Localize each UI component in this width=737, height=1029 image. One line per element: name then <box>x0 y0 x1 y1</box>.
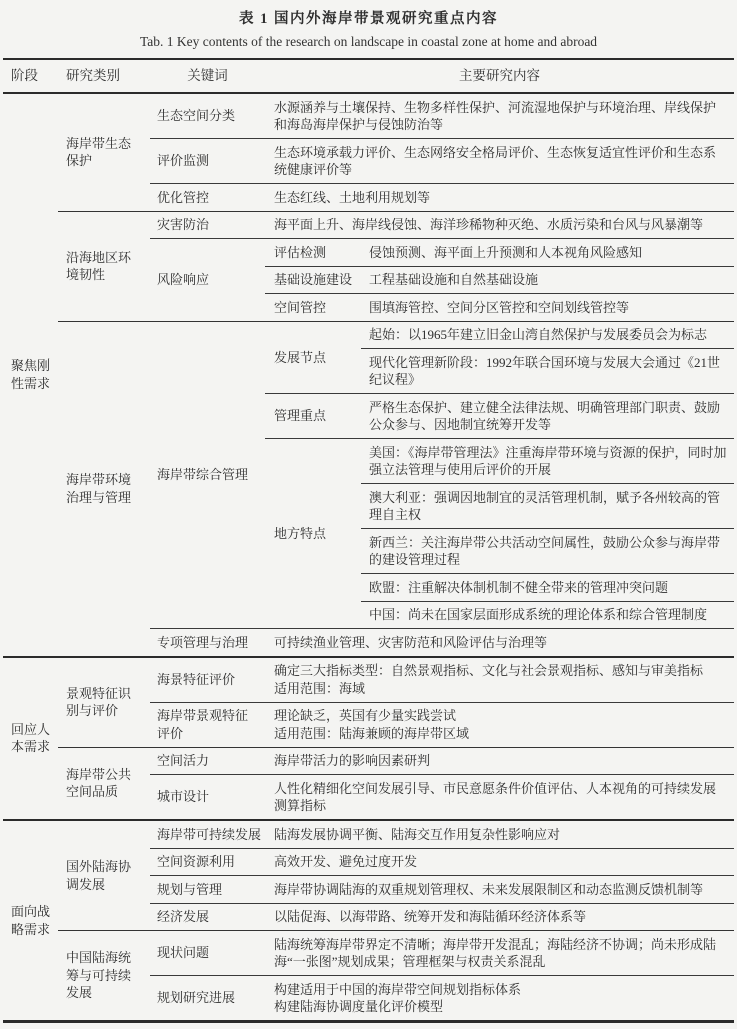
header-stage: 阶段 <box>3 67 58 85</box>
content-line: 欧盟：注重解决体制机制不健全带来的管理冲突问题 <box>369 579 728 597</box>
section: 空间管控围填海管控、空间分区管控和空间划线管控等 <box>265 293 734 321</box>
section-label: 基础设施建设 <box>265 267 361 294</box>
section: 发展节点起始：以1965年建立旧金山湾自然保护与发展委员会为标志现代化管理新阶段… <box>265 322 734 394</box>
category-label: 海岸带公共 空间品质 <box>58 748 150 820</box>
content-line: 围填海管控、空间分区管控和空间划线管控等 <box>369 299 728 317</box>
content-line: 现代化管理新阶段：1992年联合国环境与发展大会通过《21世纪议程》 <box>369 354 728 389</box>
content-cell: 中国：尚未在国家层面形成系统的理论体系和综合管理制度 <box>361 601 734 629</box>
content-line: 构建适用于中国的海岸带空间规划指标体系 <box>274 981 728 999</box>
stage-label: 聚焦刚 性需求 <box>3 94 58 656</box>
content-line: 确定三大指标类型：自然景观指标、文化与社会景观指标、感知与审美指标 <box>274 662 728 680</box>
section-label: 评估检测 <box>265 239 361 266</box>
content-line: 人性化精细化空间发展引导、市民意愿条件价值评估、人本视角的可持续发展测算指标 <box>274 780 728 815</box>
keyword-label: 现状问题 <box>150 931 265 975</box>
content-cell: 陆海发展协调平衡、陆海交互作用复杂性影响应对 <box>265 821 734 848</box>
content-cell: 工程基础设施和自然基础设施 <box>361 267 734 294</box>
content-line: 可持续渔业管理、灾害防范和风险评估与治理等 <box>274 634 728 652</box>
keyword-label: 优化管控 <box>150 184 265 211</box>
content-cell: 陆海统筹海岸带界定不清晰；海岸带开发混乱；海陆经济不协调；尚未形成陆海“一张图”… <box>265 931 734 975</box>
keyword-row: 海岸带景观特征 评价理论缺乏，英国有少量实践尝试适用范围：陆海兼顾的海岸带区域 <box>150 702 734 747</box>
keyword-label: 评价监测 <box>150 139 265 183</box>
category-label: 国外陆海协 调发展 <box>58 821 150 930</box>
content-line: 生态红线、土地利用规划等 <box>274 189 728 207</box>
keyword-row: 海景特征评价确定三大指标类型：自然景观指标、文化与社会景观指标、感知与审美指标适… <box>150 658 734 702</box>
content-cell: 起始：以1965年建立旧金山湾自然保护与发展委员会为标志 <box>361 322 734 349</box>
stage-row: 聚焦刚 性需求海岸带生态 保护生态空间分类水源涵养与土壤保持、生物多样性保护、河… <box>3 94 734 656</box>
category-row: 海岸带公共 空间品质空间活力海岸带活力的影响因素研判城市设计人性化精细化空间发展… <box>58 747 734 820</box>
content-line: 适用范围：海域 <box>274 680 728 698</box>
section-label: 地方特点 <box>265 439 361 628</box>
content-cell: 人性化精细化空间发展引导、市民意愿条件价值评估、人本视角的可持续发展测算指标 <box>265 775 734 819</box>
category-row: 景观特征识 别与评价海景特征评价确定三大指标类型：自然景观指标、文化与社会景观指… <box>58 658 734 747</box>
keyword-label: 海岸带综合管理 <box>150 322 265 629</box>
content-cell: 以陆促海、以海带路、统筹开发和海陆循环经济体系等 <box>265 904 734 931</box>
keyword-row: 规划研究进展构建适用于中国的海岸带空间规划指标体系构建陆海协调度量化评价模型 <box>150 975 734 1020</box>
keyword-label: 风险响应 <box>150 239 265 321</box>
category-row: 海岸带环境 治理与管理海岸带综合管理发展节点起始：以1965年建立旧金山湾自然保… <box>58 321 734 656</box>
table-header-row: 阶段 研究类别 关键词 主要研究内容 <box>3 60 734 94</box>
keyword-label: 海岸带可持续发展 <box>150 821 265 848</box>
content-cell: 海岸带活力的影响因素研判 <box>265 748 734 775</box>
paper-table: 阶段 研究类别 关键词 主要研究内容 聚焦刚 性需求海岸带生态 保护生态空间分类… <box>3 58 734 1023</box>
section: 可持续渔业管理、灾害防范和风险评估与治理等 <box>265 629 734 656</box>
keyword-row: 海岸带综合管理发展节点起始：以1965年建立旧金山湾自然保护与发展委员会为标志现… <box>150 322 734 629</box>
keyword-label: 经济发展 <box>150 904 265 931</box>
keyword-row: 空间活力海岸带活力的影响因素研判 <box>150 748 734 775</box>
table-body: 聚焦刚 性需求海岸带生态 保护生态空间分类水源涵养与土壤保持、生物多样性保护、河… <box>3 94 734 1020</box>
content-line: 起始：以1965年建立旧金山湾自然保护与发展委员会为标志 <box>369 326 728 344</box>
keyword-row: 城市设计人性化精细化空间发展引导、市民意愿条件价值评估、人本视角的可持续发展测算… <box>150 774 734 819</box>
keyword-row: 生态空间分类水源涵养与土壤保持、生物多样性保护、河流湿地保护与环境治理、岸线保护… <box>150 94 734 138</box>
category-row: 中国陆海统 筹与可持续 发展现状问题陆海统筹海岸带界定不清晰；海岸带开发混乱；海… <box>58 930 734 1020</box>
category-row: 国外陆海协 调发展海岸带可持续发展陆海发展协调平衡、陆海交互作用复杂性影响应对空… <box>58 821 734 930</box>
content-cell: 生态环境承载力评价、生态网络安全格局评价、生态恢复适宜性评价和生态系统健康评价等 <box>265 139 734 183</box>
content-line: 陆海发展协调平衡、陆海交互作用复杂性影响应对 <box>274 826 728 844</box>
content-cell: 海岸带协调陆海的双重规划管理权、未来发展限制区和动态监测反馈机制等 <box>265 876 734 903</box>
keyword-label: 灾害防治 <box>150 212 265 239</box>
content-line: 以陆促海、以海带路、统筹开发和海陆循环经济体系等 <box>274 908 728 926</box>
keyword-row: 灾害防治海平面上升、海岸线侵蚀、海洋珍稀物种灭绝、水质污染和台风与风暴潮等 <box>150 212 734 239</box>
keyword-row: 专项管理与治理可持续渔业管理、灾害防范和风险评估与治理等 <box>150 628 734 656</box>
section: 水源涵养与土壤保持、生物多样性保护、河流湿地保护与环境治理、岸线保护和海岛海岸保… <box>265 94 734 138</box>
content-cell: 澳大利亚：强调因地制宜的灵活管理机制，赋予各州较高的管理自主权 <box>361 483 734 528</box>
content-cell: 高效开发、避免过度开发 <box>265 849 734 876</box>
content-line: 澳大利亚：强调因地制宜的灵活管理机制，赋予各州较高的管理自主权 <box>369 489 728 524</box>
content-line: 海岸带协调陆海的双重规划管理权、未来发展限制区和动态监测反馈机制等 <box>274 881 728 899</box>
section: 管理重点严格生态保护、建立健全法律法规、明确管理部门职责、鼓励公众参与、因地制宜… <box>265 393 734 438</box>
keyword-label: 城市设计 <box>150 775 265 819</box>
stage-row: 回应人 本需求景观特征识 别与评价海景特征评价确定三大指标类型：自然景观指标、文… <box>3 656 734 820</box>
section: 构建适用于中国的海岸带空间规划指标体系构建陆海协调度量化评价模型 <box>265 976 734 1020</box>
section: 生态环境承载力评价、生态网络安全格局评价、生态恢复适宜性评价和生态系统健康评价等 <box>265 139 734 183</box>
content-line: 中国：尚未在国家层面形成系统的理论体系和综合管理制度 <box>369 606 728 624</box>
keyword-label: 规划研究进展 <box>150 976 265 1020</box>
content-line: 水源涵养与土壤保持、生物多样性保护、河流湿地保护与环境治理、岸线保护和海岛海岸保… <box>274 99 728 134</box>
section: 陆海统筹海岸带界定不清晰；海岸带开发混乱；海陆经济不协调；尚未形成陆海“一张图”… <box>265 931 734 975</box>
content-cell: 欧盟：注重解决体制机制不健全带来的管理冲突问题 <box>361 573 734 601</box>
category-label: 海岸带环境 治理与管理 <box>58 322 150 656</box>
content-line: 高效开发、避免过度开发 <box>274 853 728 871</box>
content-cell: 现代化管理新阶段：1992年联合国环境与发展大会通过《21世纪议程》 <box>361 348 734 393</box>
table-caption-en: Tab. 1 Key contents of the research on l… <box>0 33 737 51</box>
content-cell: 水源涵养与土壤保持、生物多样性保护、河流湿地保护与环境治理、岸线保护和海岛海岸保… <box>265 94 734 138</box>
keyword-row: 现状问题陆海统筹海岸带界定不清晰；海岸带开发混乱；海陆经济不协调；尚未形成陆海“… <box>150 931 734 975</box>
content-cell: 确定三大指标类型：自然景观指标、文化与社会景观指标、感知与审美指标适用范围：海域 <box>265 658 734 702</box>
keyword-row: 风险响应评估检测侵蚀预测、海平面上升预测和人本视角风险感知基础设施建设工程基础设… <box>150 238 734 321</box>
section-label: 发展节点 <box>265 322 361 394</box>
keyword-label: 海景特征评价 <box>150 658 265 702</box>
content-cell: 构建适用于中国的海岸带空间规划指标体系构建陆海协调度量化评价模型 <box>265 976 734 1020</box>
section: 生态红线、土地利用规划等 <box>265 184 734 211</box>
stage-row: 面向战 略需求国外陆海协 调发展海岸带可持续发展陆海发展协调平衡、陆海交互作用复… <box>3 819 734 1020</box>
category-row: 沿海地区环 境韧性灾害防治海平面上升、海岸线侵蚀、海洋珍稀物种灭绝、水质污染和台… <box>58 211 734 321</box>
content-line: 海岸带活力的影响因素研判 <box>274 752 728 770</box>
content-line: 适用范围：陆海兼顾的海岸带区域 <box>274 725 728 743</box>
section: 以陆促海、以海带路、统筹开发和海陆循环经济体系等 <box>265 904 734 931</box>
section: 海岸带协调陆海的双重规划管理权、未来发展限制区和动态监测反馈机制等 <box>265 876 734 903</box>
section: 陆海发展协调平衡、陆海交互作用复杂性影响应对 <box>265 821 734 848</box>
content-cell: 海平面上升、海岸线侵蚀、海洋珍稀物种灭绝、水质污染和台风与风暴潮等 <box>265 212 734 239</box>
section: 基础设施建设工程基础设施和自然基础设施 <box>265 266 734 294</box>
content-cell: 美国：《海岸带管理法》注重海岸带环境与资源的保护，同时加强立法管理与使用后评价的… <box>361 439 734 483</box>
content-line: 新西兰：关注海岸带公共活动空间属性，鼓励公众参与海岸带的建设管理过程 <box>369 534 728 569</box>
content-line: 严格生态保护、建立健全法律法规、明确管理部门职责、鼓励公众参与、因地制宜统筹开发… <box>369 399 728 434</box>
header-category: 研究类别 <box>58 67 150 85</box>
section: 高效开发、避免过度开发 <box>265 849 734 876</box>
keyword-label: 专项管理与治理 <box>150 629 265 656</box>
keyword-label: 规划与管理 <box>150 876 265 903</box>
keyword-row: 评价监测生态环境承载力评价、生态网络安全格局评价、生态恢复适宜性评价和生态系统健… <box>150 138 734 183</box>
section: 地方特点美国：《海岸带管理法》注重海岸带环境与资源的保护，同时加强立法管理与使用… <box>265 438 734 628</box>
section-label: 空间管控 <box>265 294 361 321</box>
content-cell: 生态红线、土地利用规划等 <box>265 184 734 211</box>
keyword-label: 空间活力 <box>150 748 265 775</box>
content-line: 构建陆海协调度量化评价模型 <box>274 998 728 1016</box>
keyword-label: 生态空间分类 <box>150 94 265 138</box>
section: 评估检测侵蚀预测、海平面上升预测和人本视角风险感知 <box>265 239 734 266</box>
section: 海岸带活力的影响因素研判 <box>265 748 734 775</box>
header-keyword: 关键词 <box>150 67 265 85</box>
content-line: 理论缺乏，英国有少量实践尝试 <box>274 707 728 725</box>
table-caption-cn: 表 1 国内外海岸带景观研究重点内容 <box>0 0 737 29</box>
content-line: 海平面上升、海岸线侵蚀、海洋珍稀物种灭绝、水质污染和台风与风暴潮等 <box>274 216 728 234</box>
category-label: 中国陆海统 筹与可持续 发展 <box>58 931 150 1020</box>
content-line: 陆海统筹海岸带界定不清晰；海岸带开发混乱；海陆经济不协调；尚未形成陆海“一张图”… <box>274 936 728 971</box>
section: 理论缺乏，英国有少量实践尝试适用范围：陆海兼顾的海岸带区域 <box>265 703 734 747</box>
content-cell: 理论缺乏，英国有少量实践尝试适用范围：陆海兼顾的海岸带区域 <box>265 703 734 747</box>
keyword-label: 海岸带景观特征 评价 <box>150 703 265 747</box>
keyword-row: 海岸带可持续发展陆海发展协调平衡、陆海交互作用复杂性影响应对 <box>150 821 734 848</box>
keyword-label: 空间资源利用 <box>150 849 265 876</box>
section-label: 管理重点 <box>265 394 361 438</box>
section: 海平面上升、海岸线侵蚀、海洋珍稀物种灭绝、水质污染和台风与风暴潮等 <box>265 212 734 239</box>
keyword-row: 经济发展以陆促海、以海带路、统筹开发和海陆循环经济体系等 <box>150 903 734 931</box>
category-label: 沿海地区环 境韧性 <box>58 212 150 321</box>
stage-label: 回应人 本需求 <box>3 658 58 820</box>
content-cell: 新西兰：关注海岸带公共活动空间属性，鼓励公众参与海岸带的建设管理过程 <box>361 528 734 573</box>
content-line: 工程基础设施和自然基础设施 <box>369 271 728 289</box>
category-label: 海岸带生态 保护 <box>58 94 150 211</box>
keyword-row: 空间资源利用高效开发、避免过度开发 <box>150 848 734 876</box>
category-label: 景观特征识 别与评价 <box>58 658 150 747</box>
section: 确定三大指标类型：自然景观指标、文化与社会景观指标、感知与审美指标适用范围：海域 <box>265 658 734 702</box>
content-line: 生态环境承载力评价、生态网络安全格局评价、生态恢复适宜性评价和生态系统健康评价等 <box>274 144 728 179</box>
header-content: 主要研究内容 <box>265 67 734 85</box>
content-cell: 侵蚀预测、海平面上升预测和人本视角风险感知 <box>361 239 734 266</box>
section: 人性化精细化空间发展引导、市民意愿条件价值评估、人本视角的可持续发展测算指标 <box>265 775 734 819</box>
content-cell: 围填海管控、空间分区管控和空间划线管控等 <box>361 294 734 321</box>
content-line: 侵蚀预测、海平面上升预测和人本视角风险感知 <box>369 244 728 262</box>
stage-label: 面向战 略需求 <box>3 821 58 1020</box>
keyword-row: 规划与管理海岸带协调陆海的双重规划管理权、未来发展限制区和动态监测反馈机制等 <box>150 875 734 903</box>
category-row: 海岸带生态 保护生态空间分类水源涵养与土壤保持、生物多样性保护、河流湿地保护与环… <box>58 94 734 211</box>
content-cell: 可持续渔业管理、灾害防范和风险评估与治理等 <box>265 629 734 656</box>
keyword-row: 优化管控生态红线、土地利用规划等 <box>150 183 734 211</box>
content-cell: 严格生态保护、建立健全法律法规、明确管理部门职责、鼓励公众参与、因地制宜统筹开发… <box>361 394 734 438</box>
content-line: 美国：《海岸带管理法》注重海岸带环境与资源的保护，同时加强立法管理与使用后评价的… <box>369 444 728 479</box>
